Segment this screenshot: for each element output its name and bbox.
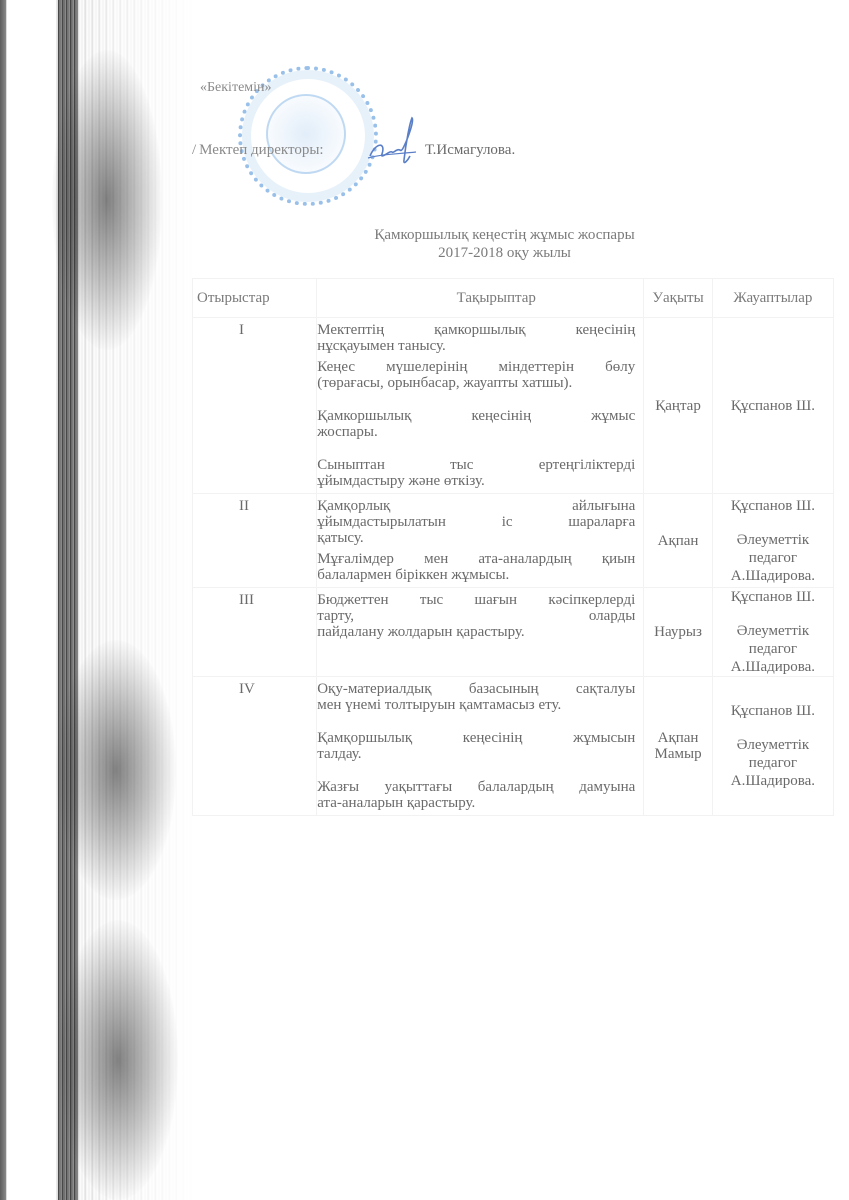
responsible-name: Әлеуметтік педагог А.Шадирова.	[713, 736, 833, 790]
document-title: Қамкоршылық кеңестің жұмыс жоспары 2017-…	[0, 226, 849, 262]
session-number: III	[193, 588, 317, 677]
session-time: Ақпан	[644, 494, 713, 588]
topic-line: тарту, оларды	[317, 608, 635, 624]
session-topics: Оқу-материалдық базасының сақталуымен үн…	[317, 677, 644, 816]
session-number: IV	[193, 677, 317, 816]
responsible-persons: Құспанов Ш.	[712, 318, 833, 494]
table-body: IМектептің қамкоршылық кеңесініңнұсқауым…	[193, 318, 834, 816]
topic-item: Жазғы уақыттағы балалардың дамуынаата-ан…	[317, 779, 635, 811]
header-time: Уақыты	[644, 279, 713, 318]
session-time: АқпанМамыр	[644, 677, 713, 816]
header-sessions: Отырыстар	[193, 279, 317, 318]
responsible-name: Құспанов Ш.	[713, 497, 833, 515]
title-line: Қамкоршылық кеңестің жұмыс жоспары	[160, 226, 849, 244]
signature	[362, 112, 422, 172]
topic-line: жоспары.	[317, 424, 635, 440]
topic-line: Сыныптан тыс ертеңгіліктерді	[317, 457, 635, 473]
session-time: Қаңтар	[644, 318, 713, 494]
month-label: Ақпан	[644, 730, 712, 746]
responsible-name: Құспанов Ш.	[713, 397, 833, 415]
topic-line: нұсқауымен танысу.	[317, 338, 635, 354]
responsible-name: Әлеуметтік педагог А.Шадирова.	[713, 531, 833, 585]
approval-label: «Бекітемін»	[200, 80, 272, 96]
header-responsible: Жауаптылар	[712, 279, 833, 318]
header-topics: Тақырыптар	[317, 279, 644, 318]
topic-line: Жазғы уақыттағы балалардың дамуына	[317, 779, 635, 795]
topic-line: Бюджеттен тыс шағын кәсіпкерлерді	[317, 592, 635, 608]
topic-line: ата-аналарын қарастыру.	[317, 795, 635, 811]
pen-mark: /	[192, 142, 196, 158]
responsible-persons: Құспанов Ш.Әлеуметтік педагог А.Шадирова…	[712, 494, 833, 588]
responsible-persons: Құспанов Ш.Әлеуметтік педагог А.Шадирова…	[712, 677, 833, 816]
table-row: IIIБюджеттен тыс шағын кәсіпкерлердітарт…	[193, 588, 834, 677]
month-label: Наурыз	[644, 624, 712, 640]
director-line: /Мектеп директоры: Т.Исмагулова.	[192, 142, 324, 159]
responsible-name: Құспанов Ш.	[713, 588, 833, 606]
responsible-name: Құспанов Ш.	[713, 702, 833, 720]
session-number: I	[193, 318, 317, 494]
topic-line: Мұғалімдер мен ата-аналардың қиын	[317, 551, 635, 567]
spacer	[713, 515, 833, 531]
topic-item: Қамкоршылық кеңесінің жұмысжоспары.	[317, 408, 635, 440]
spacer	[713, 720, 833, 736]
session-topics: Бюджеттен тыс шағын кәсіпкерлердітарту, …	[317, 588, 644, 677]
topic-item: Бюджеттен тыс шағын кәсіпкерлердітарту, …	[317, 592, 635, 640]
topic-line: ұйымдастырылатын іс шараларға	[317, 514, 635, 530]
session-topics: Мектептің қамкоршылық кеңесініңнұсқауыме…	[317, 318, 644, 494]
topic-item: Оқу-материалдық базасының сақталуымен үн…	[317, 681, 635, 713]
topic-line: Қамқоршылық кеңесінің жұмысын	[317, 730, 635, 746]
session-time: Наурыз	[644, 588, 713, 677]
scan-smear-blob	[52, 50, 162, 350]
topic-item: Қамқорлық айлығынаұйымдастырылатын іс ша…	[317, 498, 635, 546]
topic-item: Сыныптан тыс ертеңгіліктердіұйымдастыру …	[317, 457, 635, 489]
topic-line: Оқу-материалдық базасының сақталуы	[317, 681, 635, 697]
session-number: II	[193, 494, 317, 588]
topic-line: Мектептің қамкоршылық кеңесінің	[317, 322, 635, 338]
responsible-name: Әлеуметтік педагог А.Шадирова.	[713, 622, 833, 676]
month-label: Мамыр	[644, 746, 712, 762]
month-label: Қаңтар	[644, 398, 712, 414]
topic-item: Мектептің қамкоршылық кеңесініңнұсқауыме…	[317, 322, 635, 354]
scan-border-line	[6, 0, 7, 1200]
topic-line: Кеңес мүшелерінің міндеттерін бөлу	[317, 359, 635, 375]
topic-line: (төрағасы, орынбасар, жауапты хатшы).	[317, 375, 635, 391]
topic-line: балалармен біріккен жұмысы.	[317, 567, 635, 583]
scan-smear-blob	[56, 640, 176, 900]
session-topics: Қамқорлық айлығынаұйымдастырылатын іс ша…	[317, 494, 644, 588]
table-row: IVОқу-материалдық базасының сақталуымен …	[193, 677, 834, 816]
topic-line: қатысу.	[317, 530, 635, 546]
topic-item: Кеңес мүшелерінің міндеттерін бөлу(төрағ…	[317, 359, 635, 391]
topic-line: Қамкоршылық кеңесінің жұмыс	[317, 408, 635, 424]
month-label: Ақпан	[644, 533, 712, 549]
scan-smear-blob	[58, 920, 178, 1200]
topic-line: талдау.	[317, 746, 635, 762]
stamp-emblem	[266, 94, 346, 174]
responsible-persons: Құспанов Ш.Әлеуметтік педагог А.Шадирова…	[712, 588, 833, 677]
director-label: Мектеп директоры:	[199, 142, 323, 158]
topic-line: мен үнемі толтыруын қамтамасыз ету.	[317, 697, 635, 713]
topic-line: пайдалану жолдарын қарастыру.	[317, 624, 635, 640]
table-row: IМектептің қамкоршылық кеңесініңнұсқауым…	[193, 318, 834, 494]
topic-item: Қамқоршылық кеңесінің жұмысынталдау.	[317, 730, 635, 762]
table-row: IIҚамқорлық айлығынаұйымдастырылатын іс …	[193, 494, 834, 588]
director-name: Т.Исмагулова.	[425, 142, 515, 159]
topic-line: ұйымдастыру және өткізу.	[317, 473, 635, 489]
topic-line: Қамқорлық айлығына	[317, 498, 635, 514]
table-header-row: Отырыстар Тақырыптар Уақыты Жауаптылар	[193, 279, 834, 318]
spacer	[713, 606, 833, 622]
topic-item: Мұғалімдер мен ата-аналардың қиынбалалар…	[317, 551, 635, 583]
academic-year: 2017-2018 оқу жылы	[160, 244, 849, 262]
plan-table: Отырыстар Тақырыптар Уақыты Жауаптылар I…	[192, 278, 834, 816]
